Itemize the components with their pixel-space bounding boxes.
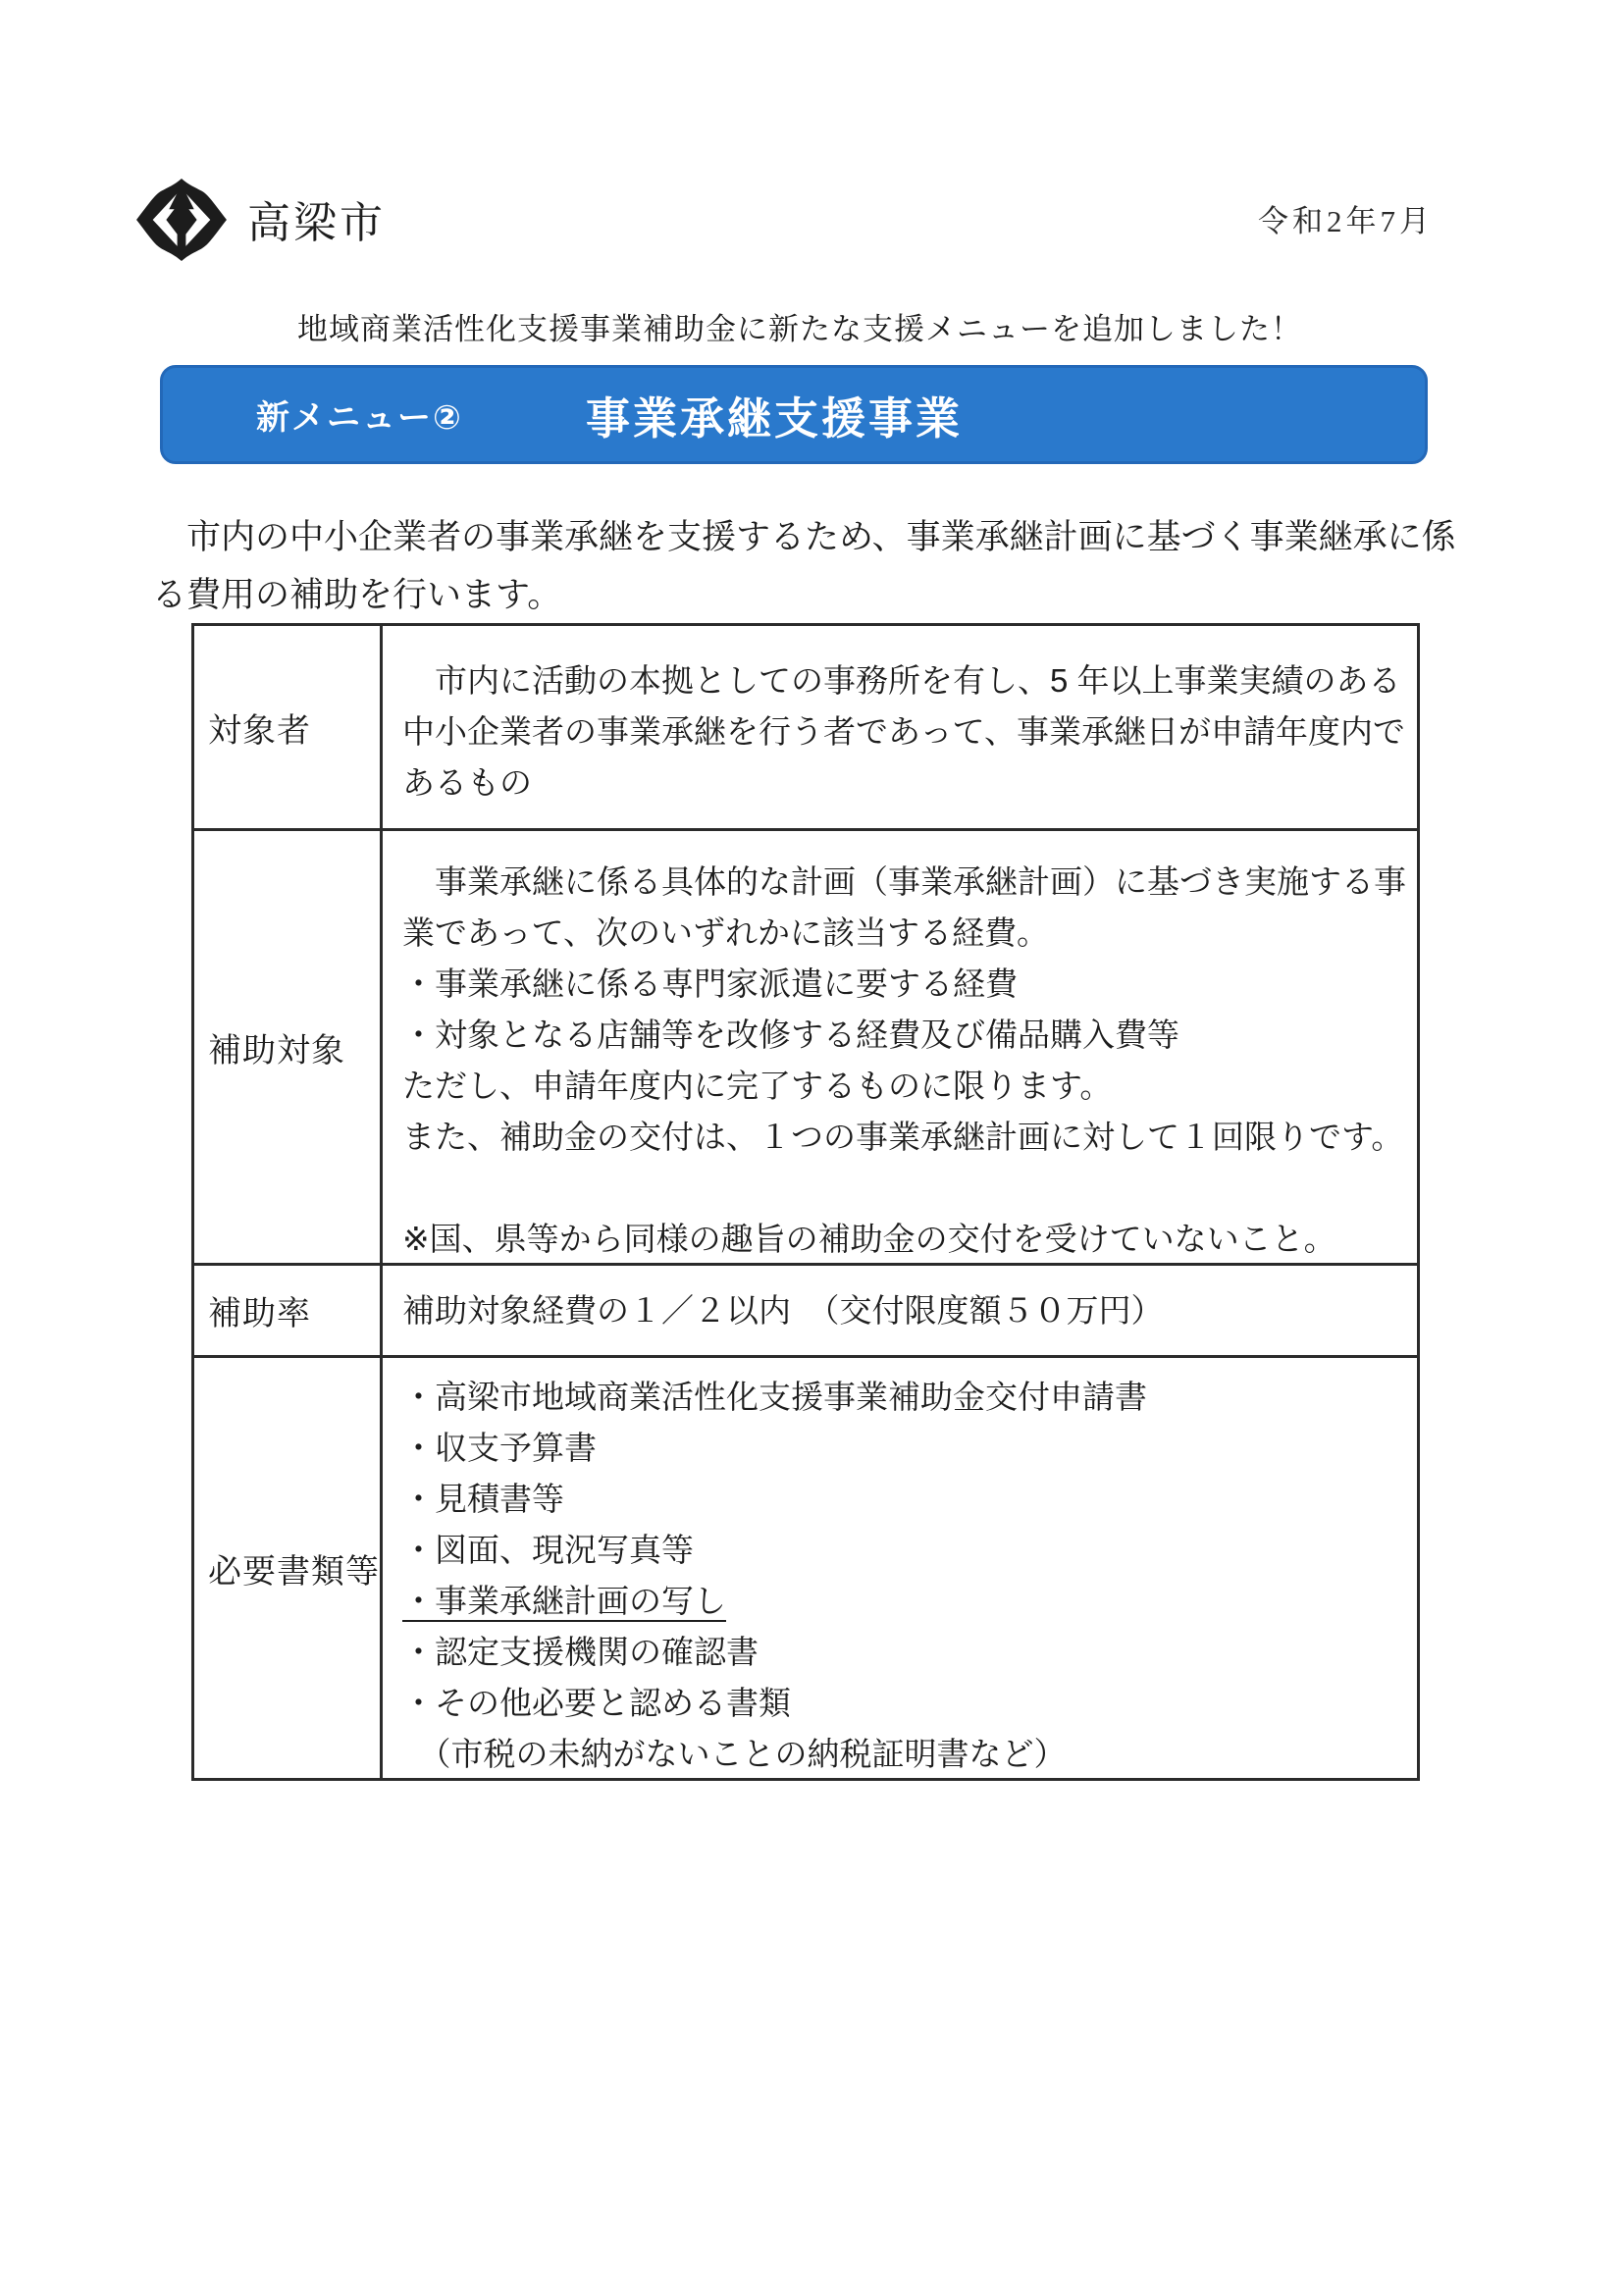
table-cell-line: （市税の未納がないことの納税証明書など）	[402, 1729, 1407, 1780]
table-cell-line: ・収支予算書	[402, 1423, 1407, 1474]
table-cell-line: ただし、申請年度内に完了するものに限ります。	[402, 1061, 1407, 1112]
table-cell-line: ・図面、現況写真等	[402, 1525, 1407, 1576]
table-cell-line: 中小企業者の事業承継を行う者であって、事業承継日が申請年度内で	[402, 706, 1407, 757]
row-label: 補助対象	[194, 831, 383, 1263]
table-cell-line: あるもの	[402, 757, 1407, 809]
underlined-document-line: ・事業承継計画の写し	[402, 1576, 1407, 1627]
table-cell-line: 市内に活動の本拠としての事務所を有し、5 年以上事業実績のある	[402, 655, 1407, 706]
table-row-taishosha: 対象者 市内に活動の本拠としての事務所を有し、5 年以上事業実績のある 中小企業…	[194, 626, 1417, 831]
document-page: 高梁市 令和2年7月 地域商業活性化支援事業補助金に新たな支援メニューを追加しま…	[0, 0, 1623, 2296]
table-cell-line: 業であって、次のいずれかに該当する経費。	[402, 908, 1407, 959]
row-label: 補助率	[194, 1266, 383, 1355]
table-row-hojotaisho: 補助対象 事業承継に係る具体的な計画（事業承継計画）に基づき実施する事 業であっ…	[194, 831, 1417, 1266]
menu-banner-title: 事業承継支援事業	[163, 368, 1386, 461]
table-cell-line: ・その他必要と認める書類	[402, 1678, 1407, 1729]
intro-line: 市内の中小企業者の事業承継を支援するため、事業承継計画に基づく事業継承に係	[152, 508, 1456, 566]
row-label: 対象者	[194, 626, 383, 828]
row-content: 補助対象経費の１／２以内 （交付限度額５０万円）	[383, 1266, 1417, 1355]
table-cell-line: 事業承継に係る具体的な計画（事業承継計画）に基づき実施する事	[402, 857, 1407, 908]
intro-paragraph: 市内の中小企業者の事業承継を支援するため、事業承継計画に基づく事業継承に係 る費…	[152, 508, 1456, 624]
spacer-line	[402, 1163, 1407, 1214]
row-content: ・高梁市地域商業活性化支援事業補助金交付申請書 ・収支予算書 ・見積書等 ・図面…	[383, 1358, 1417, 1778]
table-cell-line: ・見積書等	[402, 1474, 1407, 1525]
city-emblem-logo	[133, 177, 230, 263]
table-row-hojoritsu: 補助率 補助対象経費の１／２以内 （交付限度額５０万円）	[194, 1266, 1417, 1358]
document-subtitle: 地域商業活性化支援事業補助金に新たな支援メニューを追加しました！	[297, 304, 1302, 348]
row-content: 事業承継に係る具体的な計画（事業承継計画）に基づき実施する事 業であって、次のい…	[383, 831, 1417, 1263]
table-cell-line: ※国、県等から同様の趣旨の補助金の交付を受けていないこと。	[402, 1214, 1407, 1265]
program-table: 対象者 市内に活動の本拠としての事務所を有し、5 年以上事業実績のある 中小企業…	[191, 623, 1420, 1781]
table-cell-line: また、補助金の交付は、１つの事業承継計画に対して１回限りです。	[402, 1112, 1407, 1163]
document-date: 令和2年7月	[1258, 196, 1434, 240]
intro-line: る費用の補助を行います。	[152, 566, 1456, 624]
table-row-hitsuyoshorui: 必要書類等 ・高梁市地域商業活性化支援事業補助金交付申請書 ・収支予算書 ・見積…	[194, 1358, 1417, 1778]
row-content: 市内に活動の本拠としての事務所を有し、5 年以上事業実績のある 中小企業者の事業…	[383, 626, 1417, 828]
table-cell-line: ・事業承継に係る専門家派遣に要する経費	[402, 959, 1407, 1010]
table-cell-line: ・高梁市地域商業活性化支援事業補助金交付申請書	[402, 1372, 1407, 1423]
row-label: 必要書類等	[194, 1358, 383, 1778]
menu-banner: 新メニュー② 事業承継支援事業	[160, 365, 1428, 464]
table-cell-line: ・認定支援機関の確認書	[402, 1627, 1407, 1678]
table-cell-line: ・対象となる店舗等を改修する経費及び備品購入費等	[402, 1010, 1407, 1061]
city-name: 高梁市	[247, 194, 386, 253]
table-cell-line: 補助対象経費の１／２以内 （交付限度額５０万円）	[402, 1285, 1164, 1336]
